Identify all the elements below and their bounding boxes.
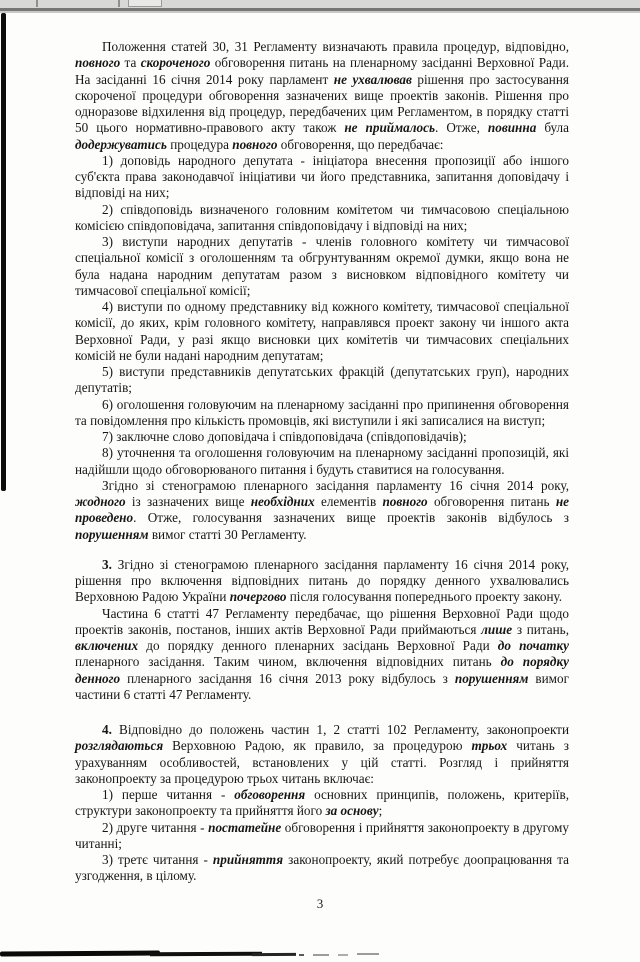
paragraph: 5) виступи представників депутатських фр… bbox=[75, 364, 569, 397]
text-run: трьох bbox=[471, 738, 507, 753]
text-run: 4. bbox=[102, 722, 112, 737]
scan-artifact-rectangle bbox=[128, 0, 162, 7]
text-run: . Отже, bbox=[435, 120, 488, 135]
scan-artifact-bottom-smudge bbox=[150, 952, 262, 957]
text-run: 6) оголошення головуючим на пленарному з… bbox=[75, 397, 569, 428]
paragraph: 3) третє читання - прийняття законопроек… bbox=[75, 852, 569, 885]
text-run: 3. bbox=[102, 557, 112, 572]
text-run: повного bbox=[232, 137, 277, 152]
paragraph: 2) друге читання - постатейне обговоренн… bbox=[75, 820, 569, 853]
text-run: 5) виступи представників депутатських фр… bbox=[75, 364, 569, 395]
text-run: пленарного засідання. Таким чином, включ… bbox=[75, 654, 501, 669]
text-run: прийняття bbox=[213, 852, 283, 867]
text-run: Верховною Радою, як правило, за процедур… bbox=[163, 738, 471, 753]
text-run: 2) співдоповідь визначеного головним ком… bbox=[75, 202, 569, 233]
scan-artifact-bottom-smudge bbox=[299, 954, 304, 956]
scanned-document-page: Положення статей 30, 31 Регламенту визна… bbox=[0, 0, 640, 962]
text-run: елементів bbox=[315, 494, 383, 509]
text-run: Згідно зі стенограмою пленарного засідан… bbox=[102, 478, 569, 493]
text-run: лише bbox=[481, 622, 512, 637]
text-run: включених bbox=[75, 638, 138, 653]
paragraph: 4) виступи по одному представнику від ко… bbox=[75, 299, 569, 364]
text-run: процедура bbox=[167, 137, 232, 152]
paragraph: Згідно зі стенограмою пленарного засідан… bbox=[75, 478, 569, 543]
text-run: до початку bbox=[498, 638, 569, 653]
text-run: ; bbox=[379, 803, 383, 818]
scan-artifact-left-bar bbox=[1, 13, 6, 491]
scan-artifact-top-line-light bbox=[0, 11, 640, 13]
text-run: обговорення, що передбачає: bbox=[277, 137, 443, 152]
text-run: Відповідно до положень частин 1, 2 статт… bbox=[112, 722, 569, 737]
paragraph: 4. Відповідно до положень частин 1, 2 ст… bbox=[75, 722, 569, 787]
paragraph: 3) виступи народних депутатів - членів г… bbox=[75, 234, 569, 299]
scan-artifact-bottom-dash bbox=[313, 954, 329, 956]
page-number: 3 bbox=[0, 896, 640, 912]
text-run: була bbox=[536, 120, 569, 135]
paragraph: Положення статей 30, 31 Регламенту визна… bbox=[75, 39, 569, 153]
text-run: 4) виступи по одному представнику від ко… bbox=[75, 299, 569, 363]
text-run: 1) доповідь народного депутата - ініціат… bbox=[75, 153, 569, 201]
text-run: з питань, bbox=[512, 622, 569, 637]
text-run: розглядаються bbox=[75, 738, 163, 753]
text-run: . Отже, голосування зазначених вище прое… bbox=[133, 510, 569, 525]
text-run: необхідних bbox=[251, 494, 315, 509]
text-run: скороченого bbox=[141, 55, 211, 70]
text-run: до порядку денного пленарних засідань Ве… bbox=[138, 638, 498, 653]
text-run: за основу bbox=[325, 803, 378, 818]
text-run: повинна bbox=[488, 120, 536, 135]
paragraph: 1) доповідь народного депутата - ініціат… bbox=[75, 153, 569, 202]
document-body: Положення статей 30, 31 Регламенту визна… bbox=[75, 39, 569, 885]
scan-artifact-bottom-smudge bbox=[252, 953, 296, 956]
scan-artifact-bottom-smudge bbox=[0, 951, 160, 957]
paragraph: Частина 6 статті 47 Регламенту передбача… bbox=[75, 606, 569, 704]
text-run: 1) перше читання - bbox=[102, 787, 234, 802]
scan-artifact-bottom-dash bbox=[357, 953, 379, 955]
text-run: та bbox=[120, 55, 141, 70]
paragraph: 6) оголошення головуючим на пленарному з… bbox=[75, 397, 569, 430]
text-run: порушенням bbox=[75, 527, 149, 542]
text-run: 2) друге читання - bbox=[102, 820, 208, 835]
text-run: обговорення bbox=[234, 787, 305, 802]
scan-artifact-bottom-dash bbox=[338, 954, 348, 956]
text-run: вимог статті 30 Регламенту. bbox=[149, 527, 307, 542]
text-run: не ухвалював bbox=[334, 72, 412, 87]
text-run: 8) уточнення та оголошення головуючим на… bbox=[75, 445, 569, 476]
scan-artifact-top-band bbox=[0, 0, 640, 8]
text-run: повного bbox=[382, 494, 427, 509]
text-run: після голосування попереднього проекту з… bbox=[286, 589, 562, 604]
text-run: Положення статей 30, 31 Регламенту визна… bbox=[102, 39, 569, 54]
scan-artifact-tick bbox=[118, 0, 120, 7]
text-run: пленарного засідання 16 січня 2013 року … bbox=[120, 671, 455, 686]
text-run: порушенням bbox=[455, 671, 529, 686]
text-run: не приймалось bbox=[344, 120, 435, 135]
text-run: жодного bbox=[75, 494, 126, 509]
text-run: почергово bbox=[230, 589, 287, 604]
paragraph: 1) перше читання - обговорення основних … bbox=[75, 787, 569, 820]
paragraph: 3. Згідно зі стенограмою пленарного засі… bbox=[75, 557, 569, 606]
text-run: 7) заключне слово доповідача і співдопов… bbox=[102, 429, 467, 444]
text-run: додержуватись bbox=[75, 137, 167, 152]
text-run: постатейне bbox=[208, 820, 281, 835]
text-run: повного bbox=[75, 55, 120, 70]
text-run: 3) третє читання - bbox=[102, 852, 213, 867]
text-run: із зазначених вище bbox=[126, 494, 251, 509]
scan-artifact-tick bbox=[36, 0, 38, 7]
text-run: 3) виступи народних депутатів - членів г… bbox=[75, 234, 569, 298]
paragraph: 7) заключне слово доповідача і співдопов… bbox=[75, 429, 569, 445]
paragraph: 8) уточнення та оголошення головуючим на… bbox=[75, 445, 569, 478]
text-run: обговорення питань bbox=[428, 494, 556, 509]
paragraph: 2) співдоповідь визначеного головним ком… bbox=[75, 202, 569, 235]
